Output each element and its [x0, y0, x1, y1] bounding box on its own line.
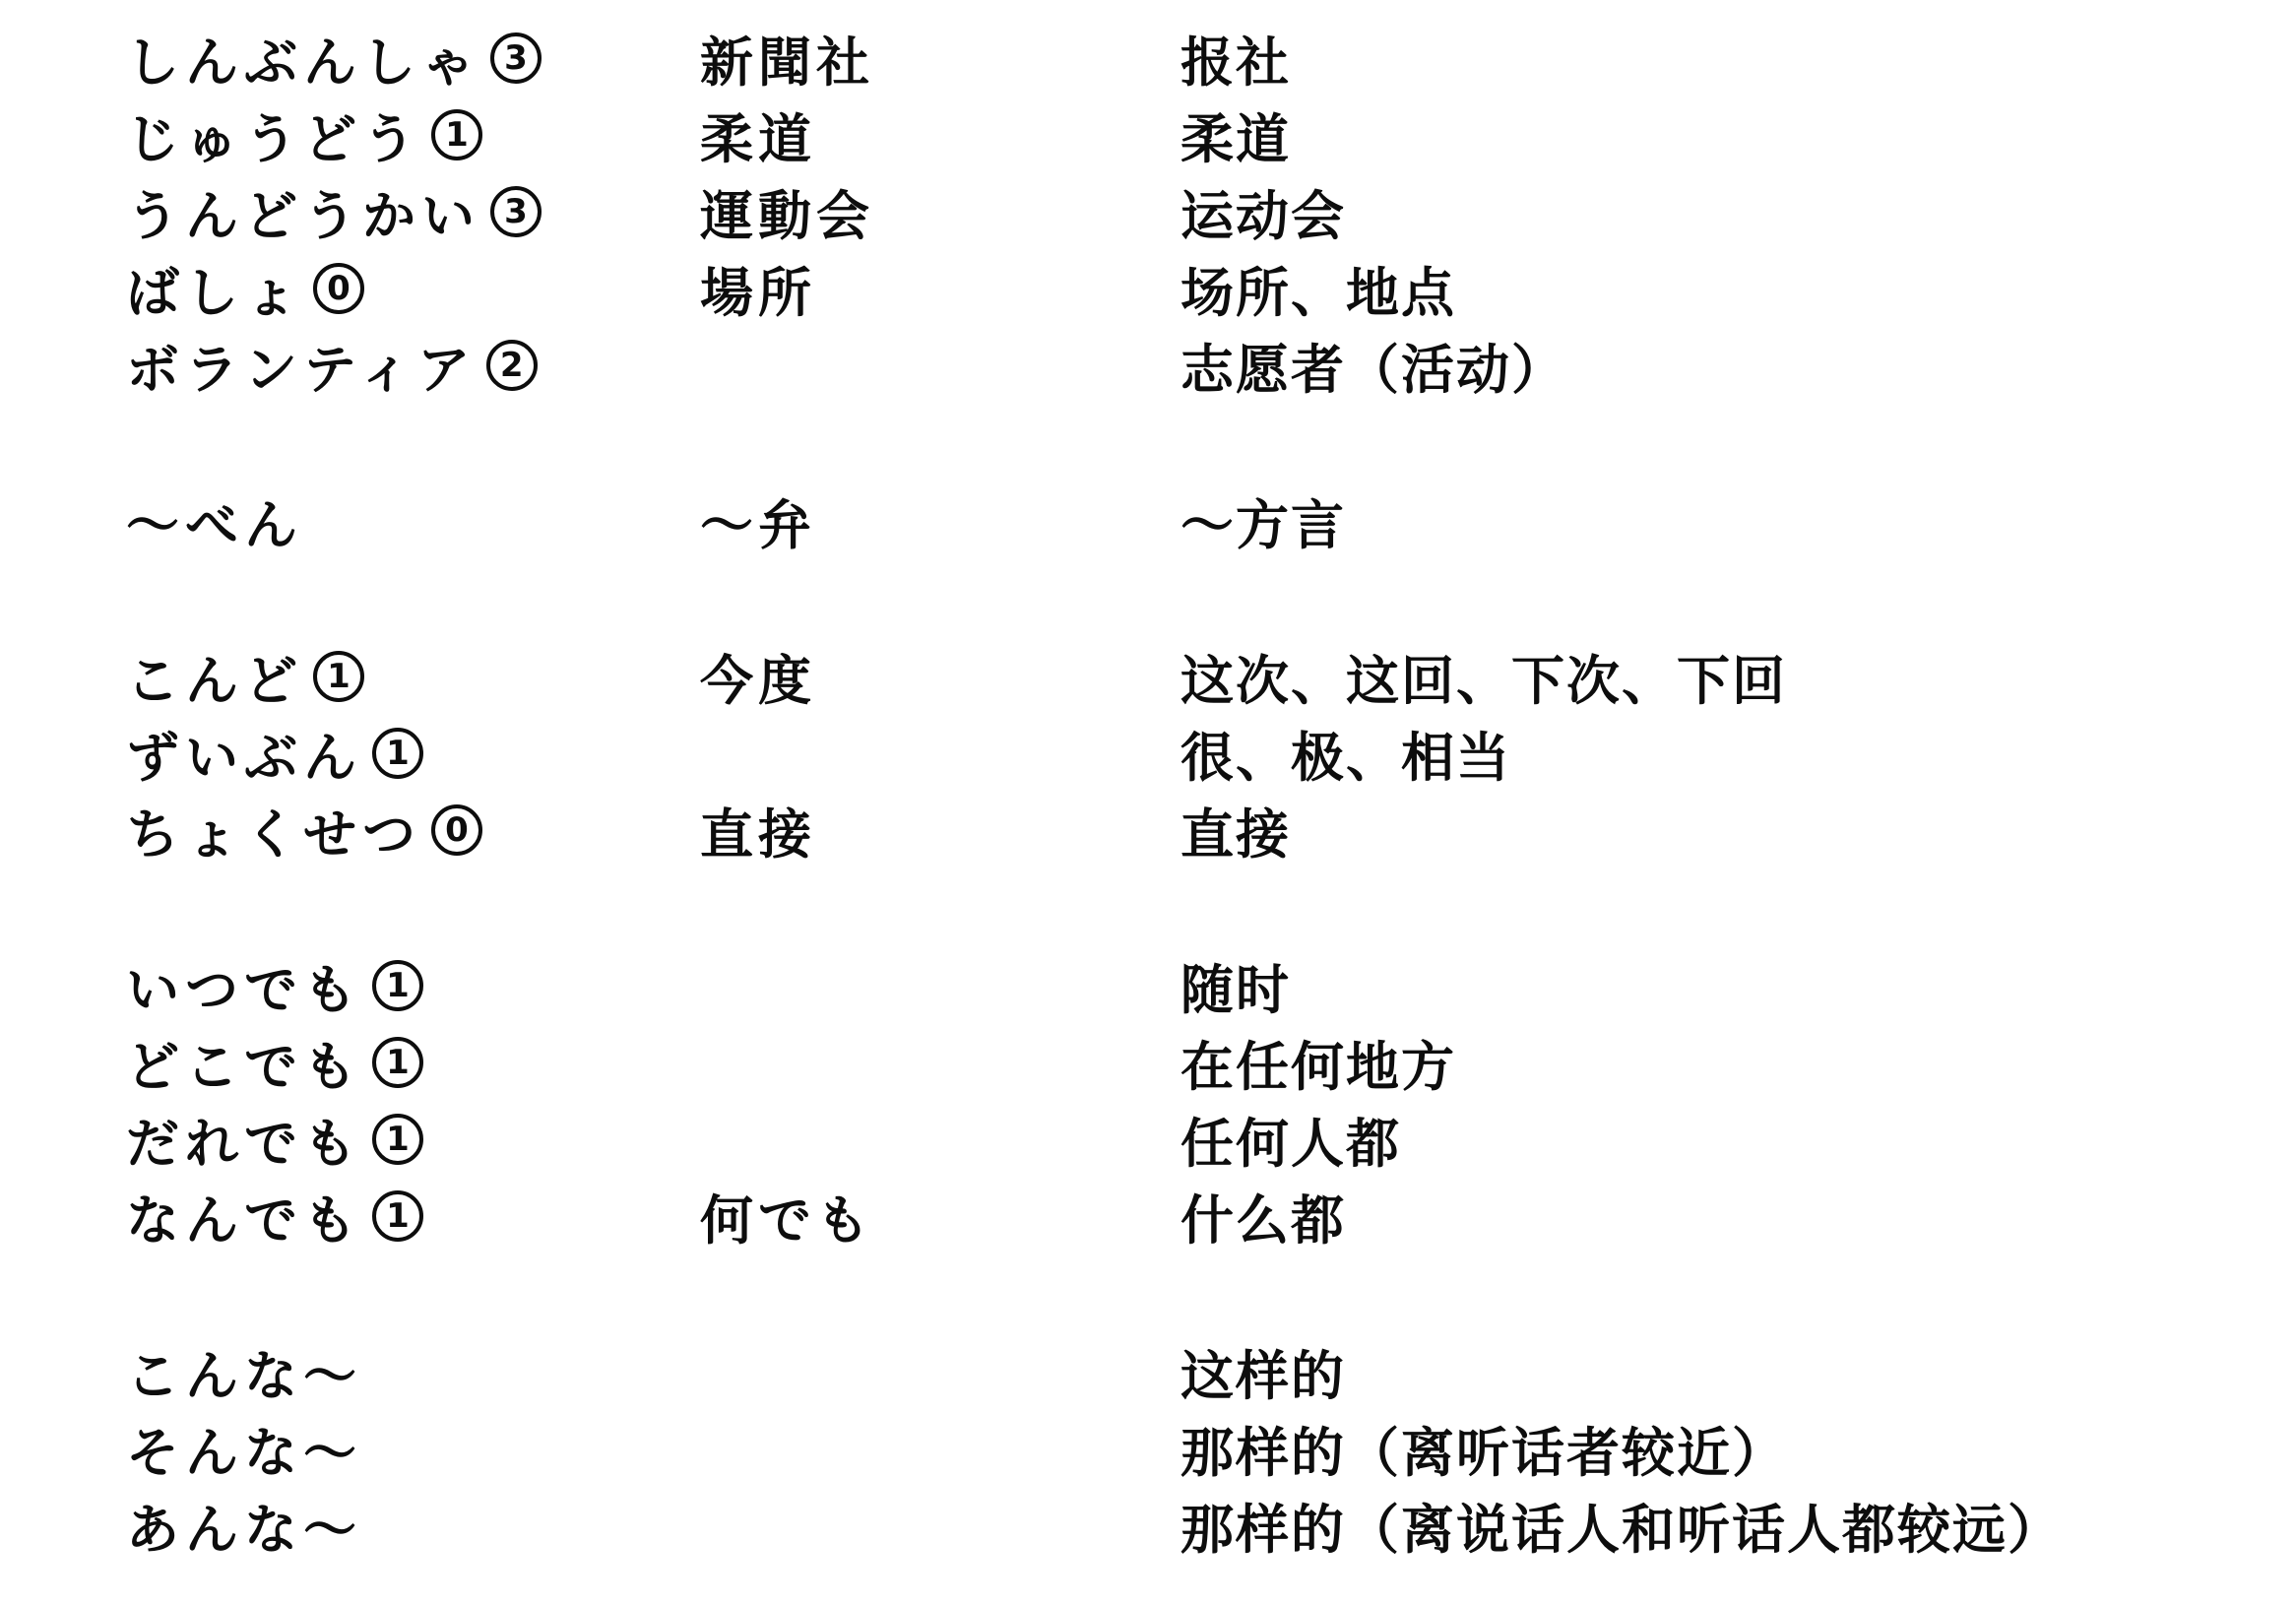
vocab-row: ～べん ～弁 ～方言	[126, 482, 2296, 559]
reading-cell: どこでも1	[126, 1025, 700, 1101]
reading-text: どこでも	[126, 1025, 362, 1101]
pitch-accent-badge: 0	[431, 804, 482, 856]
chinese-text: 在任何地方	[1180, 1025, 2296, 1101]
reading-text: こんど	[126, 639, 303, 715]
vocab-row: しんぶんしゃ3 新聞社 报社	[126, 20, 2296, 96]
reading-text: そんな～	[126, 1411, 362, 1487]
chinese-text: ～方言	[1180, 483, 2296, 559]
pitch-accent-badge: 1	[313, 651, 364, 702]
kanji-text: 柔道	[700, 97, 1180, 173]
document-page: しんぶんしゃ3 新聞社 报社 じゅうどう1 柔道 柔道 うんどうかい3 運動会 …	[0, 0, 2296, 1605]
chinese-text: 报社	[1180, 21, 2296, 96]
pitch-accent-badge: 1	[372, 728, 423, 779]
kanji-text: 運動会	[700, 174, 1180, 250]
pitch-accent-badge: 1	[372, 1114, 423, 1165]
reading-cell: ずいぶん1	[126, 716, 700, 792]
vocab-group: こんど1 今度 这次、这回、下次、下回 ずいぶん1 很、极、相当 ちょくせつ0 …	[126, 638, 2296, 868]
chinese-text: 那样的（离说话人和听话人都较远）	[1180, 1488, 2296, 1564]
reading-text: だれでも	[126, 1102, 362, 1178]
pitch-accent-badge: 3	[490, 32, 542, 84]
vocab-group: こんな～ 这样的 そんな～ 那样的（离听话者较近） あんな～ 那样的（离说话人和…	[126, 1333, 2296, 1564]
pitch-accent-badge: 2	[486, 340, 538, 391]
vocab-group: いつでも1 随时 どこでも1 在任何地方 だれでも1 任何人都 なんでも1 何で…	[126, 947, 2296, 1254]
pitch-accent-badge: 0	[313, 263, 364, 314]
vocab-row: ばしょ0 場所 场所、地点	[126, 250, 2296, 327]
kanji-text: 何でも	[700, 1179, 1180, 1254]
chinese-text: 场所、地点	[1180, 251, 2296, 327]
reading-cell: あんな～	[126, 1488, 700, 1564]
vocab-row: なんでも1 何でも 什么都	[126, 1178, 2296, 1254]
chinese-text: 直接	[1180, 793, 2296, 868]
vocab-row: じゅうどう1 柔道 柔道	[126, 96, 2296, 173]
vocab-row: どこでも1 在任何地方	[126, 1024, 2296, 1101]
reading-cell: しんぶんしゃ3	[126, 21, 700, 96]
pitch-accent-badge: 1	[372, 1190, 423, 1242]
chinese-text: 这样的	[1180, 1334, 2296, 1410]
reading-cell: いつでも1	[126, 948, 700, 1024]
reading-text: ずいぶん	[126, 716, 362, 792]
reading-cell: なんでも1	[126, 1179, 700, 1254]
reading-text: じゅうどう	[126, 97, 421, 173]
vocab-group: しんぶんしゃ3 新聞社 报社 じゅうどう1 柔道 柔道 うんどうかい3 運動会 …	[126, 20, 2296, 404]
reading-cell: うんどうかい3	[126, 174, 700, 250]
kanji-text: 場所	[700, 251, 1180, 327]
chinese-text: 任何人都	[1180, 1102, 2296, 1178]
vocab-row: ちょくせつ0 直接 直接	[126, 792, 2296, 868]
reading-cell: ～べん	[126, 483, 700, 559]
chinese-text: 运动会	[1180, 174, 2296, 250]
pitch-accent-badge: 1	[372, 960, 423, 1011]
reading-text: こんな～	[126, 1334, 362, 1410]
chinese-text: 什么都	[1180, 1179, 2296, 1254]
vocab-row: こんど1 今度 这次、这回、下次、下回	[126, 638, 2296, 715]
reading-text: うんどうかい	[126, 174, 480, 250]
chinese-text: 很、极、相当	[1180, 716, 2296, 792]
reading-text: ～べん	[126, 483, 303, 559]
pitch-accent-badge: 3	[490, 186, 542, 237]
vocab-row: そんな～ 那样的（离听话者较近）	[126, 1410, 2296, 1487]
chinese-text: 这次、这回、下次、下回	[1180, 639, 2296, 715]
chinese-text: 志愿者（活动）	[1180, 328, 2296, 404]
reading-cell: そんな～	[126, 1411, 700, 1487]
chinese-text: 那样的（离听话者较近）	[1180, 1411, 2296, 1487]
kanji-text: 直接	[700, 793, 1180, 868]
kanji-text: 新聞社	[700, 21, 1180, 96]
reading-text: なんでも	[126, 1179, 362, 1254]
vocab-row: うんどうかい3 運動会 运动会	[126, 173, 2296, 250]
reading-text: ボランティア	[126, 328, 477, 404]
reading-cell: ボランティア2	[126, 328, 700, 404]
reading-cell: だれでも1	[126, 1102, 700, 1178]
kanji-text: 今度	[700, 639, 1180, 715]
vocab-row: いつでも1 随时	[126, 947, 2296, 1024]
reading-cell: ちょくせつ0	[126, 793, 700, 868]
reading-cell: こんど1	[126, 639, 700, 715]
reading-text: あんな～	[126, 1488, 362, 1564]
reading-text: いつでも	[126, 948, 362, 1024]
vocab-row: だれでも1 任何人都	[126, 1101, 2296, 1178]
reading-text: ばしょ	[126, 251, 303, 327]
vocab-group: ～べん ～弁 ～方言	[126, 482, 2296, 559]
reading-cell: じゅうどう1	[126, 97, 700, 173]
reading-text: しんぶんしゃ	[126, 21, 480, 96]
vocab-row: ずいぶん1 很、极、相当	[126, 715, 2296, 792]
reading-cell: こんな～	[126, 1334, 700, 1410]
kanji-text: ～弁	[700, 483, 1180, 559]
chinese-text: 随时	[1180, 948, 2296, 1024]
vocab-row: こんな～ 这样的	[126, 1333, 2296, 1410]
chinese-text: 柔道	[1180, 97, 2296, 173]
pitch-accent-badge: 1	[372, 1037, 423, 1088]
reading-text: ちょくせつ	[126, 793, 421, 868]
vocab-row: ボランティア2 志愿者（活动）	[126, 327, 2296, 404]
reading-cell: ばしょ0	[126, 251, 700, 327]
vocab-row: あんな～ 那样的（离说话人和听话人都较远）	[126, 1487, 2296, 1564]
pitch-accent-badge: 1	[431, 109, 482, 160]
